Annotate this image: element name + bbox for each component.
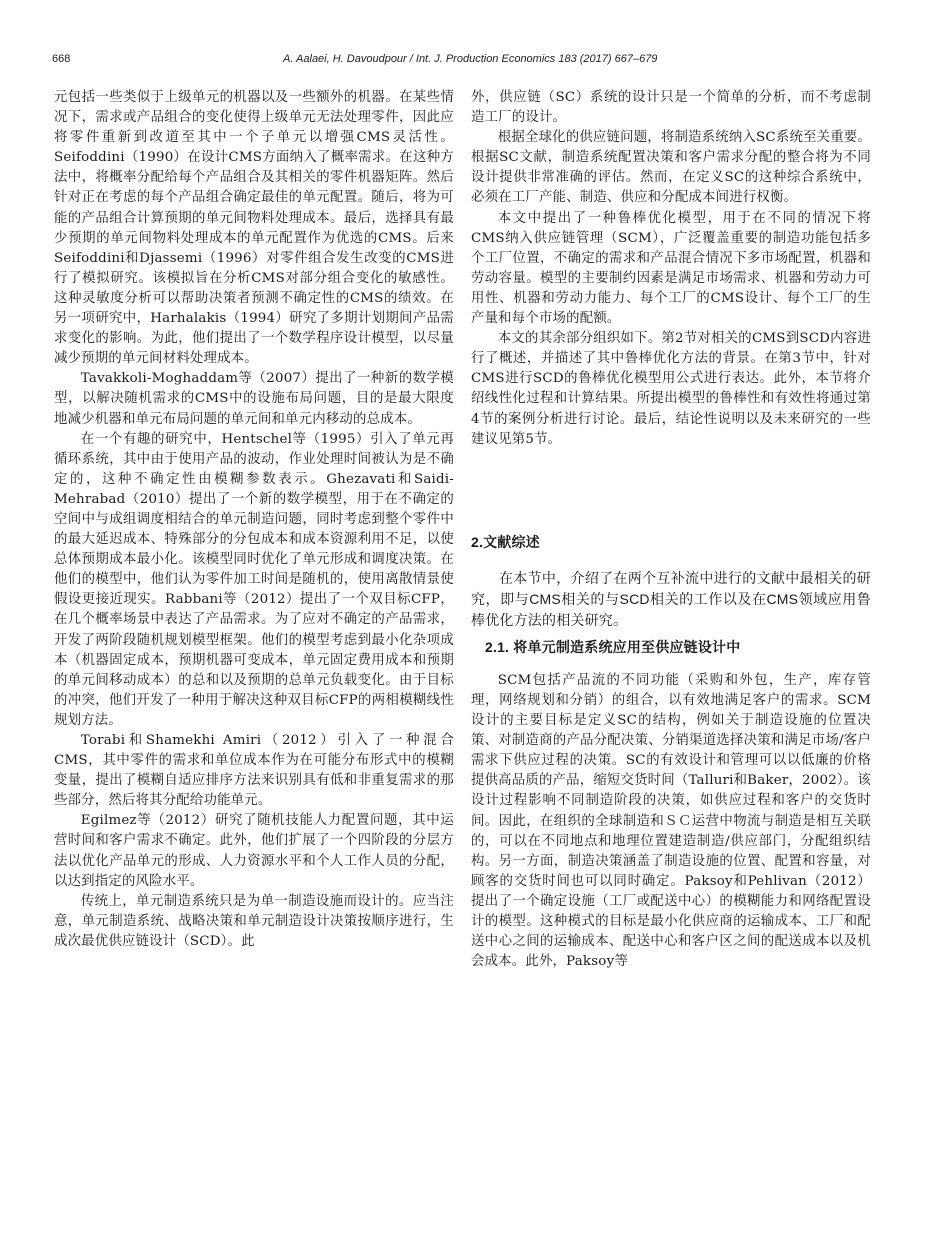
paragraph-continued: 元包括一些类似于上级单元的机器以及一些额外的机器。在某些情况下，需求或产品组合的… — [54, 88, 454, 369]
subsection-heading: 2.1. 将单元制造系统应用至供应链设计中 — [471, 637, 871, 657]
section-heading: 2.文献综述 — [471, 532, 871, 552]
paragraph-organization: 本文的其余部分组织如下。第2节对相关的CMS到SCD内容进行了概述，并描述了其中… — [471, 329, 871, 450]
section-intro: 在本节中，介绍了在两个互补流中进行的文献中最相关的研究，即与CMS相关的与SCD… — [471, 568, 871, 631]
paragraph-egilmez: Egilmez等（2012）研究了随机技能人力配置问题，其中运营时间和客户需求不… — [54, 811, 454, 891]
paragraph-robust-model: 本文中提出了一种鲁棒优化模型，用于在不同的情况下将CMS纳入供应链管理（SCM）… — [471, 209, 871, 330]
page-header: 668 A. Aalaei, H. Davoudpour / Int. J. P… — [0, 53, 925, 73]
right-column: 外，供应链（SC）系统的设计只是一个简单的分析，而不考虑制造工厂的设计。 根据全… — [471, 88, 871, 972]
paragraph-traditional: 传统上，单元制造系统只是为单一制造设施而设计的。应当注意，单元制造系统、战略决策… — [54, 892, 454, 952]
paragraph-globalization: 根据全球化的供应链问题，将制造系统纳入SC系统至关重要。根据SC文献，制造系统配… — [471, 128, 871, 208]
paragraph-tavakkoli: Tavakkoli-Moghaddam等（2007）提出了一种新的数学模型，以解… — [54, 369, 454, 429]
running-head: A. Aalaei, H. Davoudpour / Int. J. Produ… — [283, 53, 657, 65]
page-number: 668 — [52, 53, 70, 65]
left-column: 元包括一些类似于上级单元的机器以及一些额外的机器。在某些情况下，需求或产品组合的… — [54, 88, 454, 952]
subsection-paragraph: SCM包括产品流的不同功能（采购和外包，生产，库存管理，网络规划和分销）的组合，… — [471, 671, 871, 972]
paragraph-torabi: Torabi和Shamekhi Amiri（2012）引入了一种混合CMS，其中… — [54, 731, 454, 811]
paragraph-hentschel: 在一个有趣的研究中，Hentschel等（1995）引入了单元再循环系统，其中由… — [54, 430, 454, 731]
paragraph-continued: 外，供应链（SC）系统的设计只是一个简单的分析，而不考虑制造工厂的设计。 — [471, 88, 871, 128]
